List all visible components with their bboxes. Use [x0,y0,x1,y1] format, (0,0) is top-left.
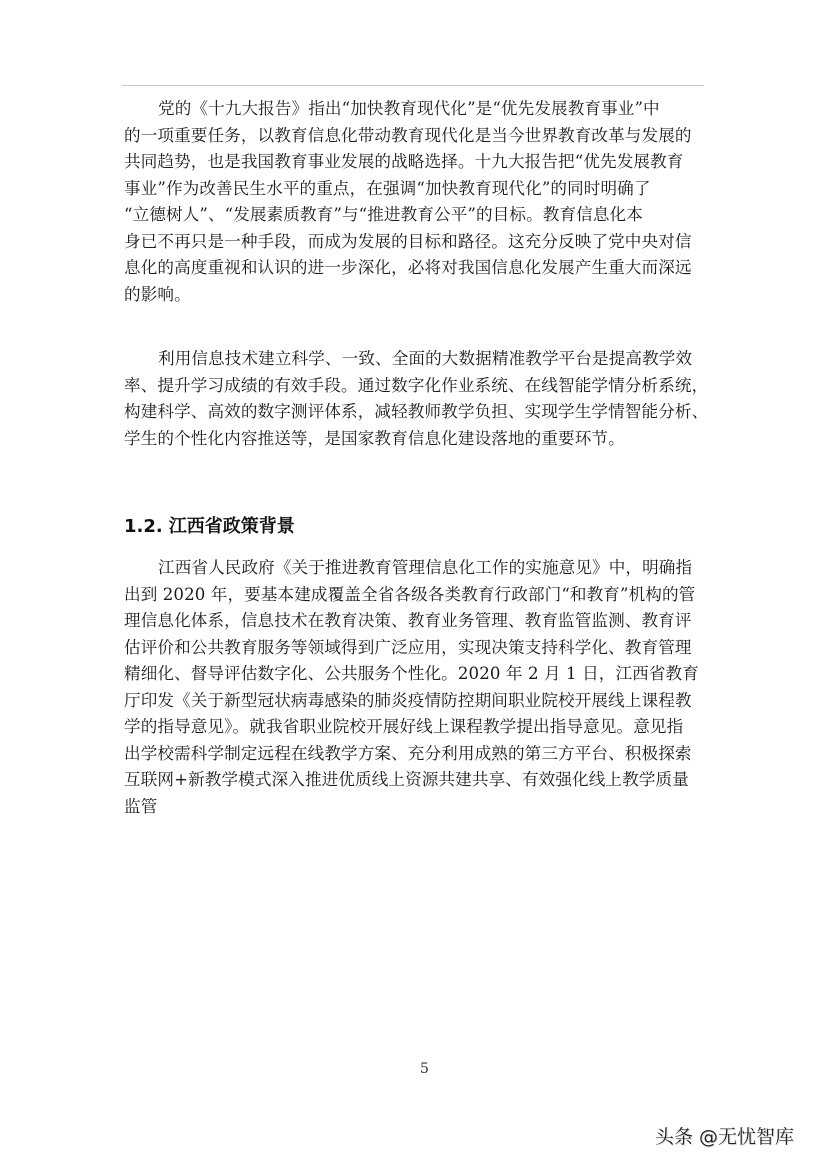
paragraph-education-modernization: 党的《十九大报告》指出“加快教育现代化”是“优先发展教育事业”中 的一项重要任务… [124,96,714,308]
section-number: 1.2. [124,516,163,537]
text-line: 身已不再只是一种手段，而成为发展的目标和路径。这充分反映了党中央对信 [124,229,714,256]
section-heading: 1.2.江西省政策背景 [124,515,295,539]
document-page: 党的《十九大报告》指出“加快教育现代化”是“优先发展教育事业”中 的一项重要任务… [0,0,826,1169]
paragraph-jiangxi-policy: 江西省人民政府《关于推进教育管理信息化工作的实施意见》中，明确指 出到 2020… [124,555,714,820]
header-divider [122,85,704,86]
text-line: 估评价和公共教育服务等领域得到广泛应用，实现决策支持科学化、教育管理 [124,635,714,662]
text-line: 共同趋势，也是我国教育事业发展的战略选择。十九大报告把“优先发展教育 [124,149,714,176]
paragraph-big-data-platform: 利用信息技术建立科学、一致、全面的大数据精准教学平台是提高教学效 率、提升学习成… [124,346,714,452]
text-line: 江西省人民政府《关于推进教育管理信息化工作的实施意见》中，明确指 [124,555,714,582]
text-line: 率、提升学习成绩的有效手段。通过数字化作业系统、在线智能学情分析系统， [124,373,714,400]
text-line: 构建科学、高效的数字测评体系，减轻教师教学负担、实现学生学情智能分析、 [124,399,714,426]
text-line: 厅印发《关于新型冠状病毒感染的肺炎疫情防控期间职业院校开展线上课程教 [124,688,714,715]
text-line: 出学校需科学制定远程在线教学方案、充分利用成熟的第三方平台、积极探索 [124,741,714,768]
text-line: 出到 2020 年，要基本建成覆盖全省各级各类教育行政部门“和教育”机构的管 [124,582,714,609]
text-line: 的影响。 [124,282,714,309]
text-line: “立德树人”、“发展素质教育”与“推进教育公平”的目标。教育信息化本 [124,202,714,229]
text-line: 学生的个性化内容推送等，是国家教育信息化建设落地的重要环节。 [124,426,714,453]
text-line: 学的指导意见》。就我省职业院校开展好线上课程教学提出指导意见。意见指 [124,714,714,741]
watermark: 头条 @无忧智库 [655,1125,794,1149]
text-line: 利用信息技术建立科学、一致、全面的大数据精准教学平台是提高教学效 [124,346,714,373]
section-title: 江西省政策背景 [169,516,295,537]
page-number: 5 [420,1060,429,1078]
text-line: 事业”作为改善民生水平的重点，在强调“加快教育现代化”的同时明确了 [124,176,714,203]
text-line: 精细化、督导评估数字化、公共服务个性化。2020 年 2 月 1 日，江西省教育 [124,661,714,688]
text-line: 监管 [124,794,714,821]
text-line: 息化的高度重视和认识的进一步深化，必将对我国信息化发展产生重大而深远 [124,255,714,282]
text-line: 的一项重要任务，以教育信息化带动教育现代化是当今世界教育改革与发展的 [124,123,714,150]
text-line: 党的《十九大报告》指出“加快教育现代化”是“优先发展教育事业”中 [124,96,714,123]
text-line: 理信息化体系，信息技术在教育决策、教育业务管理、教育监管监测、教育评 [124,608,714,635]
text-line: 互联网+新教学模式深入推进优质线上资源共建共享、有效强化线上教学质量 [124,767,714,794]
